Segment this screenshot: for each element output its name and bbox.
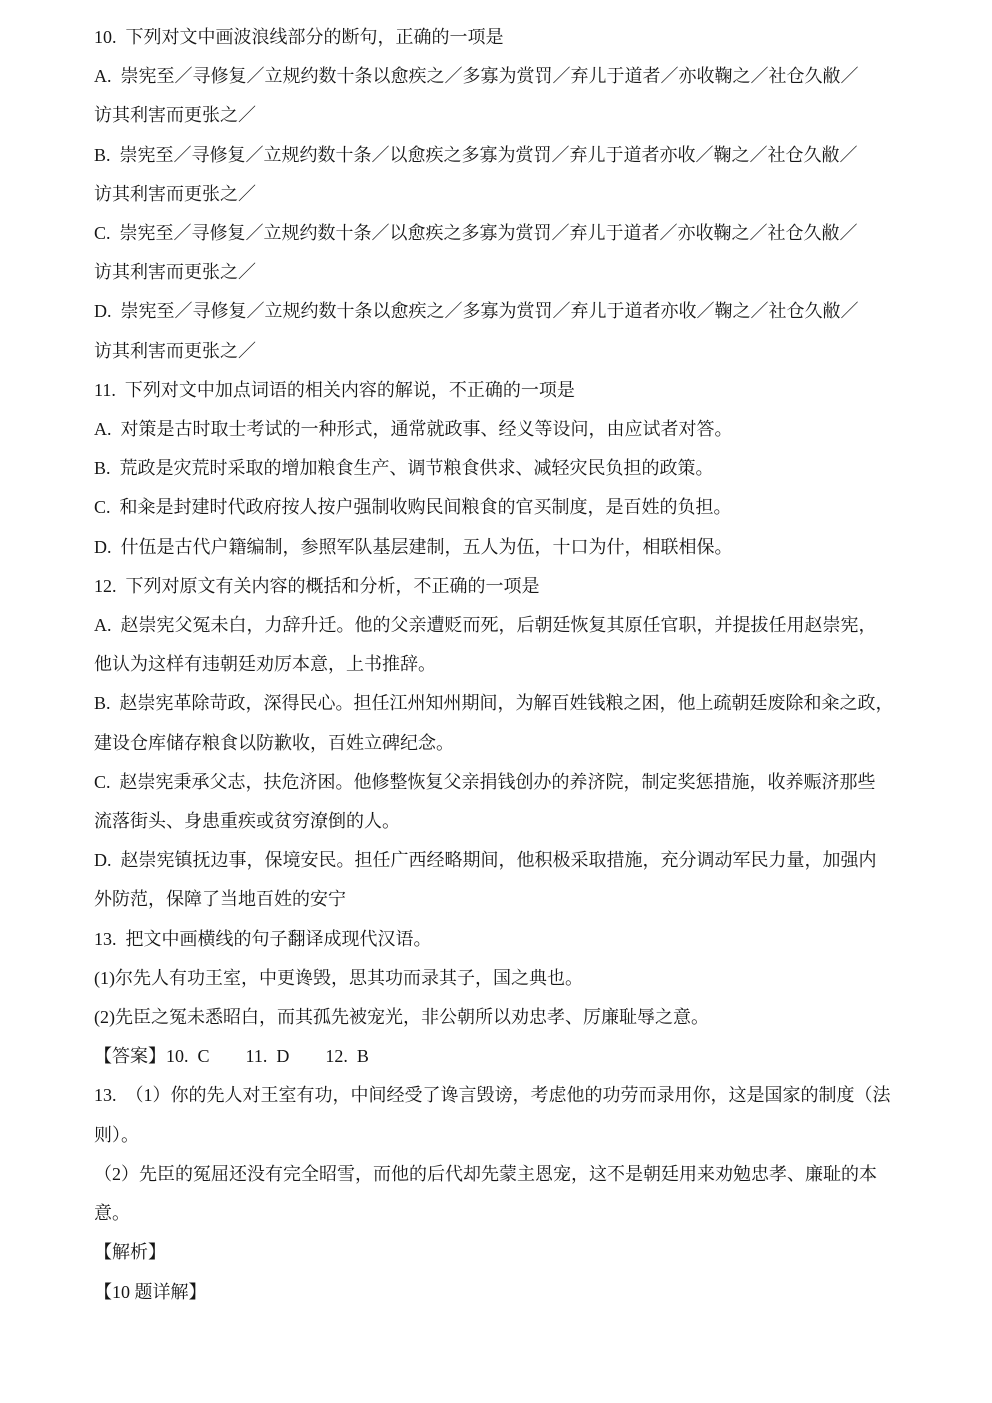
q11-option-c: C. 和籴是封建时代政府按人按户强制收购民间粮食的官买制度，是百姓的负担。	[94, 488, 940, 527]
exam-document-page: 10. 下列对文中画波浪线部分的断句，正确的一项是 A. 崇宪至／寻修复／立规约…	[0, 0, 992, 1403]
analysis-q10-label: 【10 题详解】	[94, 1273, 940, 1312]
q12-option-a: A. 赵崇宪父冤未白，力辞升迁。他的父亲遭贬而死，后朝廷恢复其原任官职，并提拔任…	[94, 606, 940, 684]
q13-stem: 13. 把文中画横线的句子翻译成现代汉语。	[94, 920, 940, 959]
q10-option-c: C. 崇宪至／寻修复／立规约数十条／以愈疾之多寡为赏罚／弃儿于道者／亦收鞠之／社…	[94, 214, 940, 292]
answer-13-part1: 13. （1）你的先人对王室有功，中间经受了谗言毁谤，考虑他的功劳而录用你，这是…	[94, 1076, 940, 1154]
q11-option-a: A. 对策是古时取士考试的一种形式，通常就政事、经义等设问，由应试者对答。	[94, 410, 940, 449]
q11-stem: 11. 下列对文中加点词语的相关内容的解说，不正确的一项是	[94, 371, 940, 410]
q10-option-a: A. 崇宪至／寻修复／立规约数十条以愈疾之／多寡为赏罚／弃儿于道者／亦收鞠之／社…	[94, 57, 940, 135]
q12-option-c: C. 赵崇宪秉承父志，扶危济困。他修整恢复父亲捐钱创办的养济院，制定奖惩措施，收…	[94, 763, 940, 841]
q12-stem: 12. 下列对原文有关内容的概括和分析，不正确的一项是	[94, 567, 940, 606]
q10-stem: 10. 下列对文中画波浪线部分的断句，正确的一项是	[94, 18, 940, 57]
q12-option-b: B. 赵崇宪革除苛政，深得民心。担任江州知州期间，为解百姓钱粮之困，他上疏朝廷废…	[94, 684, 940, 762]
q10-option-d: D. 崇宪至／寻修复／立规约数十条以愈疾之／多寡为赏罚／弃儿于道者亦收／鞠之／社…	[94, 292, 940, 370]
q10-option-b: B. 崇宪至／寻修复／立规约数十条／以愈疾之多寡为赏罚／弃儿于道者亦收／鞠之／社…	[94, 136, 940, 214]
q12-option-d: D. 赵崇宪镇抚边事，保境安民。担任广西经略期间，他积极采取措施，充分调动军民力…	[94, 841, 940, 919]
answer-key-line: 【答案】10. C 11. D 12. B	[94, 1037, 940, 1076]
q13-sentence-2: (2)先臣之冤未悉昭白，而其孤先被宠光，非公朝所以劝忠孝、厉廉耻辱之意。	[94, 998, 940, 1037]
answer-13-part2: （2）先臣的冤屈还没有完全昭雪，而他的后代却先蒙主恩宠，这不是朝廷用来劝勉忠孝、…	[94, 1155, 940, 1233]
q11-option-d: D. 什伍是古代户籍编制，参照军队基层建制，五人为伍，十口为什，相联相保。	[94, 528, 940, 567]
analysis-label: 【解析】	[94, 1233, 940, 1272]
q13-sentence-1: (1)尔先人有功王室，中更谗毁，思其功而录其子，国之典也。	[94, 959, 940, 998]
q11-option-b: B. 荒政是灾荒时采取的增加粮食生产、调节粮食供求、减轻灾民负担的政策。	[94, 449, 940, 488]
